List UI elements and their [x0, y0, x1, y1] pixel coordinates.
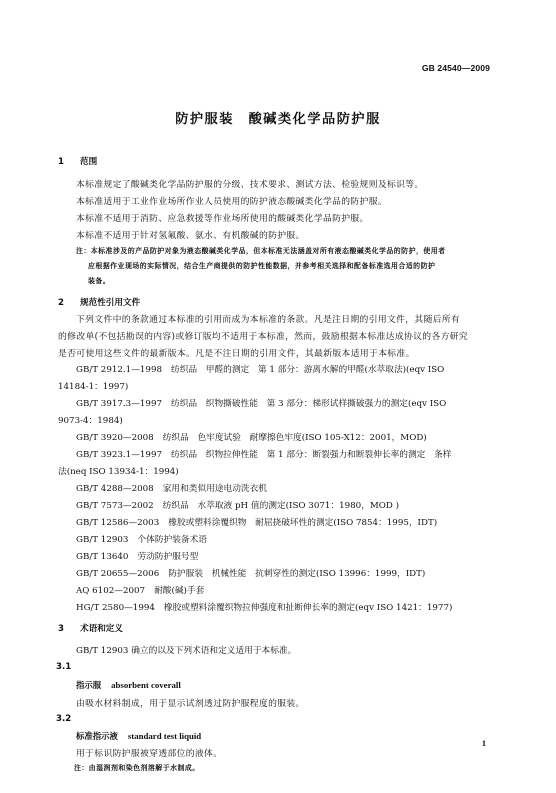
reference-code: GB/T 3920—2008	[76, 433, 154, 443]
scope-paragraph: 本标准不适用于消防、应急救援等作业场所使用的酸碱类化学品防护服。	[76, 211, 369, 224]
reference-continuation: 9073-4：1984)	[58, 414, 123, 426]
reference-item: GB/T 12903个体防护装备术语	[76, 533, 207, 545]
term-zh: 指示服	[76, 680, 101, 690]
section-number: 1	[58, 157, 80, 167]
reference-title: 橡胶或塑料涂覆织物拉伸强度和扯断伸长率的测定(eqv ISO 1421：1977…	[164, 603, 452, 613]
clause-number: 3.1	[56, 662, 71, 672]
section-title: 范围	[80, 157, 97, 167]
reference-code: GB/T 13640	[76, 552, 128, 562]
reference-title: 纺织品 色牢度试验 耐摩擦色牢度(ISO 105-X12：2001，MOD)	[163, 433, 427, 443]
reference-title: 纺织品 织物拉伸性能 第 1 部分：断裂强力和断裂伸长率的测定 条样	[171, 450, 451, 460]
reference-item: GB/T 3920—2008纺织品 色牢度试验 耐摩擦色牢度(ISO 105-X…	[76, 431, 427, 443]
reference-title: 劳动防护服号型	[137, 552, 198, 562]
section-number: 2	[58, 298, 80, 308]
terms-intro: GB/T 12903 确立的以及下列术语和定义适用于本标准。	[76, 644, 296, 656]
reference-item: HG/T 2580—1994橡胶或塑料涂覆织物拉伸强度和扯断伸长率的测定(eqv…	[76, 601, 452, 613]
reference-title: 橡胶或塑料涂覆织物 耐屈挠破坏性的测定(ISO 7854：1995，IDT)	[168, 518, 437, 528]
scope-paragraph: 本标准不适用于针对氢氟酸、氨水、有机酸碱的防护服。	[76, 228, 305, 241]
reference-item: GB/T 4288—2008家用和类似用途电动洗衣机	[76, 482, 267, 494]
document-title: 防护服装 酸碱类化学品防护服	[0, 108, 556, 127]
reference-continuation: 14184-1：1997)	[58, 380, 128, 392]
term-heading: 标准指示液standard test liquid	[76, 730, 201, 742]
term-heading: 指示服absorbent coverall	[76, 679, 181, 691]
section-3-heading: 3术语和定义	[58, 622, 123, 634]
reference-code: AQ 6102—2007	[76, 586, 145, 596]
scope-note: 装备。	[88, 275, 110, 285]
standard-number: GB 24540—2009	[422, 63, 490, 73]
reference-continuation: 法(neq ISO 13934-1：1994)	[58, 465, 179, 477]
section-1-heading: 1范围	[58, 155, 97, 167]
reference-code: GB/T 4288—2008	[76, 484, 154, 494]
scope-paragraph: 本标准规定了酸碱类化学品防护服的分级、技术要求、测试方法、检验规则及标识等。	[76, 177, 424, 190]
reference-title: 纺织品 水萃取液 pH 值的测定(ISO 3071：1980，MOD )	[163, 501, 399, 511]
term-definition: 由吸水材料制成，用于显示试剂透过防护服程度的服装。	[76, 696, 305, 709]
references-intro: 下列文件中的条款通过本标准的引用而成为本标准的条款。凡是注日期的引用文件，其随后…	[76, 312, 460, 325]
reference-code: HG/T 2580—1994	[76, 603, 155, 613]
term-definition: 用于标识防护服被穿透部位的液体。	[76, 746, 222, 759]
reference-item: GB/T 2912.1—1998纺织品 甲醛的测定 第 1 部分：游离水解的甲醛…	[76, 363, 444, 375]
references-intro: 的修改单(不包括勘误的内容)或修订版均不适用于本标准，然而，鼓励根据本标准达成协…	[58, 329, 468, 342]
reference-title: 家用和类似用途电动洗衣机	[163, 484, 267, 494]
reference-code: GB/T 7573—2002	[76, 501, 154, 511]
reference-code: GB/T 12903	[76, 535, 128, 545]
reference-item: GB/T 3923.1—1997纺织品 织物拉伸性能 第 1 部分：断裂强力和断…	[76, 448, 451, 460]
reference-item: GB/T 20655—2006防护服装 机械性能 抗刺穿性的测定(ISO 139…	[76, 567, 425, 579]
section-2-heading: 2规范性引用文件	[58, 296, 140, 308]
clause-number: 3.2	[56, 714, 71, 724]
section-number: 3	[58, 624, 80, 634]
reference-code: GB/T 2912.1—1998	[76, 365, 162, 375]
reference-item: GB/T 12586—2003橡胶或塑料涂覆织物 耐屈挠破坏性的测定(ISO 7…	[76, 516, 437, 528]
reference-code: GB/T 12586—2003	[76, 518, 159, 528]
reference-title: 耐酸(碱)手套	[154, 586, 204, 596]
reference-item: GB/T 7573—2002纺织品 水萃取液 pH 值的测定(ISO 3071：…	[76, 499, 399, 511]
section-title: 规范性引用文件	[80, 298, 140, 308]
term-en: standard test liquid	[128, 731, 201, 741]
reference-title: 纺织品 甲醛的测定 第 1 部分：游离水解的甲醛(水萃取法)(eqv ISO	[171, 365, 444, 375]
reference-title: 防护服装 机械性能 抗刺穿性的测定(ISO 13996：1999，IDT)	[168, 569, 425, 579]
section-title: 术语和定义	[80, 624, 123, 634]
page-number: 1	[482, 739, 486, 748]
reference-item: AQ 6102—2007耐酸(碱)手套	[76, 584, 204, 596]
term-note: 注：由湿润剂和染色剂溶解于水制成。	[74, 762, 200, 772]
reference-code: GB/T 3917.3—1997	[76, 399, 162, 409]
scope-paragraph: 本标准适用于工业作业场所作业人员使用的防护液态酸碱类化学品的防护服。	[76, 194, 387, 207]
reference-title: 纺织品 织物撕破性能 第 3 部分：梯形试样撕破强力的测定(eqv ISO	[171, 399, 446, 409]
reference-title: 个体防护装备术语	[137, 535, 207, 545]
term-zh: 标准指示液	[76, 731, 118, 741]
references-intro: 是否可使用这些文件的最新版本。凡是不注日期的引用文件，其最新版本适用于本标准。	[58, 346, 415, 359]
reference-item: GB/T 13640劳动防护服号型	[76, 550, 198, 562]
scope-note: 应根据作业现场的实际情况，结合生产商提供的防护性能数据，并参考相关选择和配备标准…	[88, 260, 435, 270]
scope-note: 注：本标准涉及的产品防护对象为液态酸碱类化学品，但本标准无法涵盖对所有液态酸碱类…	[76, 245, 446, 255]
term-en: absorbent coverall	[111, 680, 181, 690]
reference-item: GB/T 3917.3—1997纺织品 织物撕破性能 第 3 部分：梯形试样撕破…	[76, 397, 446, 409]
reference-code: GB/T 20655—2006	[76, 569, 159, 579]
reference-code: GB/T 3923.1—1997	[76, 450, 162, 460]
